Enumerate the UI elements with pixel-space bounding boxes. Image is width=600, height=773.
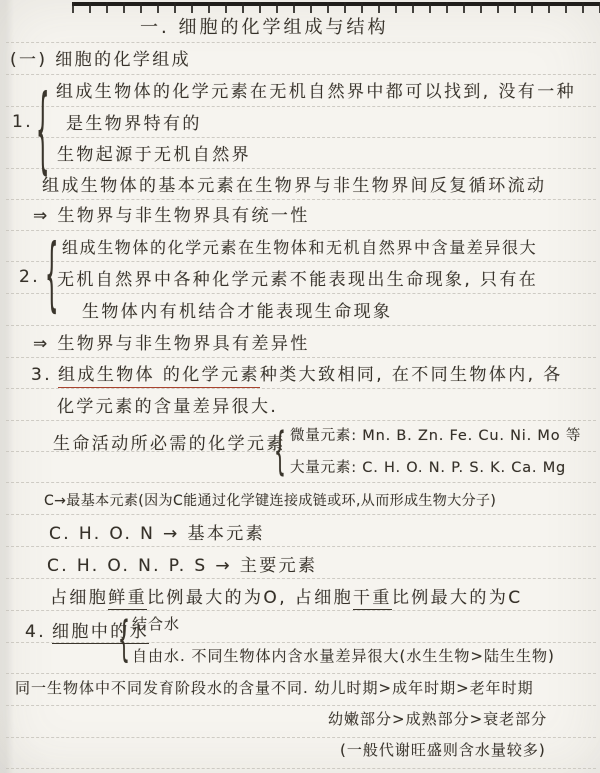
- item1-conclusion: ⇒ 生物界与非生物界具有统一性: [33, 206, 310, 226]
- brace-icon: {: [118, 615, 130, 663]
- rule-line: [6, 737, 596, 738]
- rule-line: [6, 293, 596, 294]
- item1-number: 1.: [12, 112, 33, 132]
- item3-key-phrase: 组成生物体 的化学元素: [58, 365, 260, 388]
- rule-line: [6, 137, 596, 138]
- item1-line3: 生物起源于无机自然界: [57, 145, 251, 165]
- rule-line: [6, 230, 596, 231]
- bound-water: 结合水: [132, 615, 180, 633]
- item1-line4: 组成生物体的基本元素在生物界与非生物界间反复循环流动: [42, 176, 546, 196]
- rule-line: [6, 261, 596, 262]
- weight-note: 占细胞鲜重比例最大的为O, 占细胞干重比例最大的为C: [50, 588, 523, 608]
- rule-line: [6, 578, 596, 579]
- major-elements: 大量元素: C. H. O. N. P. S. K. Ca. Mg: [290, 460, 566, 477]
- rule-line: [6, 357, 596, 358]
- item1-line2: 是生物界特有的: [66, 114, 202, 134]
- rule-line: [6, 420, 596, 421]
- water-content-note3: (一般代谢旺盛则含水量较多): [340, 741, 546, 759]
- brace-icon: {: [274, 426, 286, 477]
- rule-line: [6, 673, 596, 674]
- section-heading: (一) 细胞的化学组成: [10, 50, 191, 70]
- dry-weight-term: 干重: [353, 588, 392, 610]
- fresh-weight-term: 鲜重: [108, 588, 147, 610]
- rule-line: [6, 610, 596, 611]
- water-content-note2: 幼嫩部分>成熟部分>衰老部分: [328, 710, 547, 728]
- item3-line1: 3.组成生物体 的化学元素种类大致相同, 在不同生物体内, 各: [31, 365, 563, 385]
- rule-line: [6, 42, 596, 43]
- rule-line: [6, 106, 596, 107]
- weight-note-part3: 比例最大的为C: [392, 588, 523, 608]
- item2-line2: 无机自然界中各种化学元素不能表现出生命现象, 只有在: [57, 270, 538, 290]
- item3-line2: 化学元素的含量差异很大.: [57, 397, 278, 417]
- rule-line: [6, 482, 596, 483]
- item2-line3: 生物体内有机结合才能表现生命现象: [82, 302, 392, 322]
- basic-elements: C. H. O. N → 基本元素: [49, 524, 265, 544]
- item4-heading-row: 4.细胞中的水: [25, 622, 149, 642]
- item3-number: 3.: [31, 365, 52, 385]
- rule-line: [6, 388, 596, 389]
- brace-icon: {: [36, 84, 49, 178]
- item2-number: 2.: [19, 267, 40, 287]
- rule-line: [6, 199, 596, 200]
- weight-note-part2: 比例最大的为O, 占细胞: [147, 588, 353, 608]
- rule-line: [6, 325, 596, 326]
- rule-line: [6, 514, 596, 515]
- trace-elements: 微量元素: Mn. B. Zn. Fe. Cu. Ni. Mo 等: [290, 428, 581, 445]
- water-content-note1: 同一生物体中不同发育阶段水的含量不同. 幼儿时期>成年时期>老年时期: [15, 679, 534, 697]
- notebook-page: 一. 细胞的化学组成与结构 (一) 细胞的化学组成 1. { 组成生物体的化学元…: [0, 0, 600, 773]
- rule-line: [6, 705, 596, 706]
- item3-line1-rest: 种类大致相同, 在不同生物体内, 各: [260, 365, 563, 385]
- item4-number: 4.: [25, 622, 46, 642]
- item2-line1: 组成生物体的化学元素在生物体和无机自然界中含量差异很大: [62, 238, 537, 257]
- rule-line: [6, 168, 596, 169]
- weight-note-part1: 占细胞: [50, 588, 108, 608]
- rule-line: [6, 768, 596, 769]
- free-water: 自由水. 不同生物体内含水量差异很大(水生生物>陆生生物): [132, 647, 555, 665]
- main-elements: C. H. O. N. P. S → 主要元素: [47, 556, 317, 576]
- page-title: 一. 细胞的化学组成与结构: [140, 17, 388, 39]
- item2-conclusion: ⇒ 生物界与非生物界具有差异性: [33, 334, 310, 354]
- item1-line1: 组成生物体的化学元素在无机自然界中都可以找到, 没有一种: [56, 82, 576, 102]
- rule-line: [6, 74, 596, 75]
- essential-elements-label: 生命活动所必需的化学元素: [53, 434, 286, 454]
- rule-line: [6, 546, 596, 547]
- carbon-note: C→最基本元素(因为C能通过化学键连接成链或环,从而形成生物大分子): [44, 493, 496, 510]
- page-top-binding-ticks: [72, 2, 600, 13]
